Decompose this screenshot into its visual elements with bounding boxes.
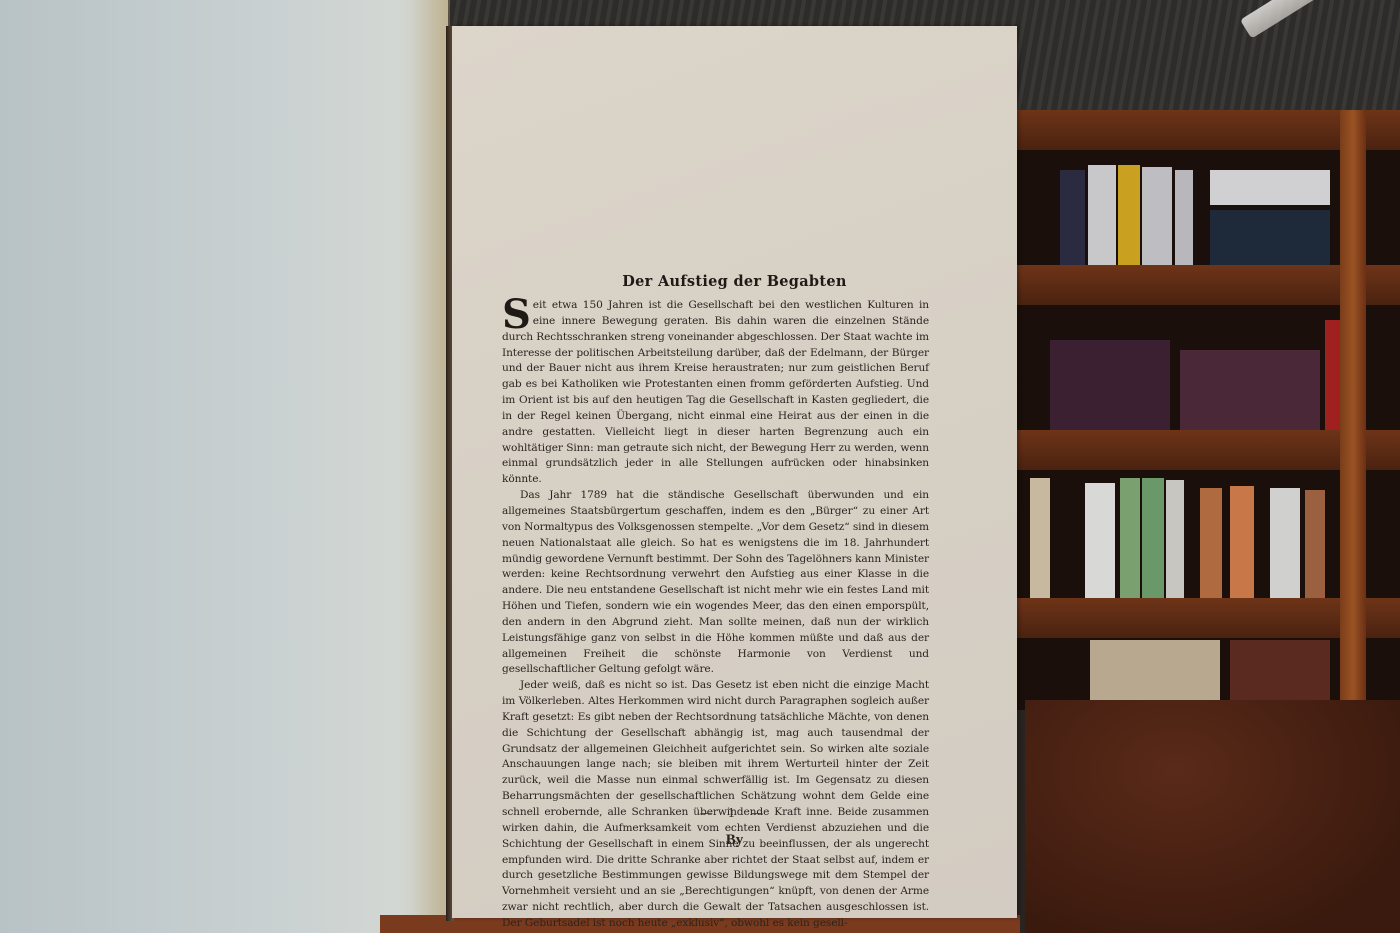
paragraph-1: Seit etwa 150 Jahren ist die Gesellschaf… — [502, 298, 929, 488]
shelf-post — [1340, 110, 1366, 710]
chapter-title: Der Aufstieg der Begabten — [452, 273, 1017, 290]
paragraph-3: Jeder weiß, daß es nicht so ist. Das Ges… — [502, 678, 929, 932]
page-number: — 1 — — [452, 806, 1017, 820]
books-row — [1050, 150, 1340, 265]
signature-mark: By — [452, 832, 1017, 849]
bookshelf — [1010, 110, 1400, 710]
right-page: Der Aufstieg der Begabten Seit etwa 150 … — [452, 26, 1017, 918]
books-row — [1030, 305, 1340, 430]
books-row — [1030, 470, 1340, 598]
drop-cap: S — [502, 298, 531, 332]
paragraph-2: Das Jahr 1789 hat die ständische Gesells… — [502, 488, 929, 678]
desk-surface — [1025, 700, 1400, 933]
left-page-edge — [398, 0, 450, 933]
left-page-blank — [0, 0, 448, 933]
